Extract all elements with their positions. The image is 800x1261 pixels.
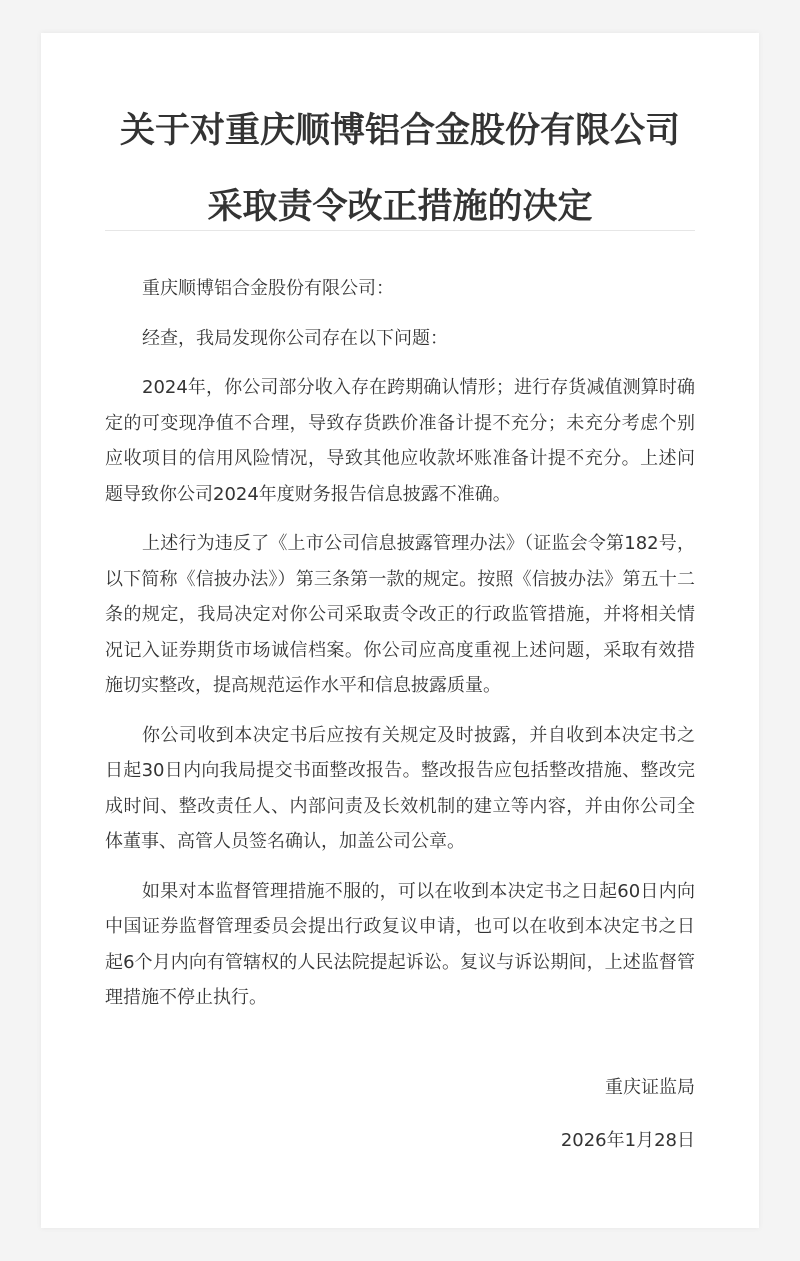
document-card: 关于对重庆顺博铝合金股份有限公司 采取责令改正措施的决定 重庆顺博铝合金股份有限…: [41, 33, 759, 1228]
document-title: 关于对重庆顺博铝合金股份有限公司 采取责令改正措施的决定: [105, 93, 695, 245]
paragraph-rectification: 你公司收到本决定书后应按有关规定及时披露，并自收到本决定书之日起30日内向我局提…: [105, 718, 695, 860]
title-line-2: 采取责令改正措施的决定: [105, 169, 695, 245]
issuer: 重庆证监局: [605, 1073, 695, 1099]
salutation: 重庆顺博铝合金股份有限公司：: [105, 271, 695, 307]
paragraph-findings: 2024年，你公司部分收入存在跨期确认情形；进行存货减值测算时确定的可变现净值不…: [105, 370, 695, 512]
title-divider: [105, 230, 695, 231]
title-line-1: 关于对重庆顺博铝合金股份有限公司: [105, 93, 695, 169]
document-body: 重庆顺博铝合金股份有限公司： 经查，我局发现你公司存在以下问题： 2024年，你…: [105, 271, 695, 1030]
issue-date: 2026年1月28日: [561, 1126, 695, 1152]
paragraph-intro: 经查，我局发现你公司存在以下问题：: [105, 321, 695, 357]
paragraph-appeal: 如果对本监督管理措施不服的，可以在收到本决定书之日起60日内向中国证券监督管理委…: [105, 874, 695, 1016]
paragraph-violation: 上述行为违反了《上市公司信息披露管理办法》（证监会令第182号，以下简称《信披办…: [105, 526, 695, 704]
